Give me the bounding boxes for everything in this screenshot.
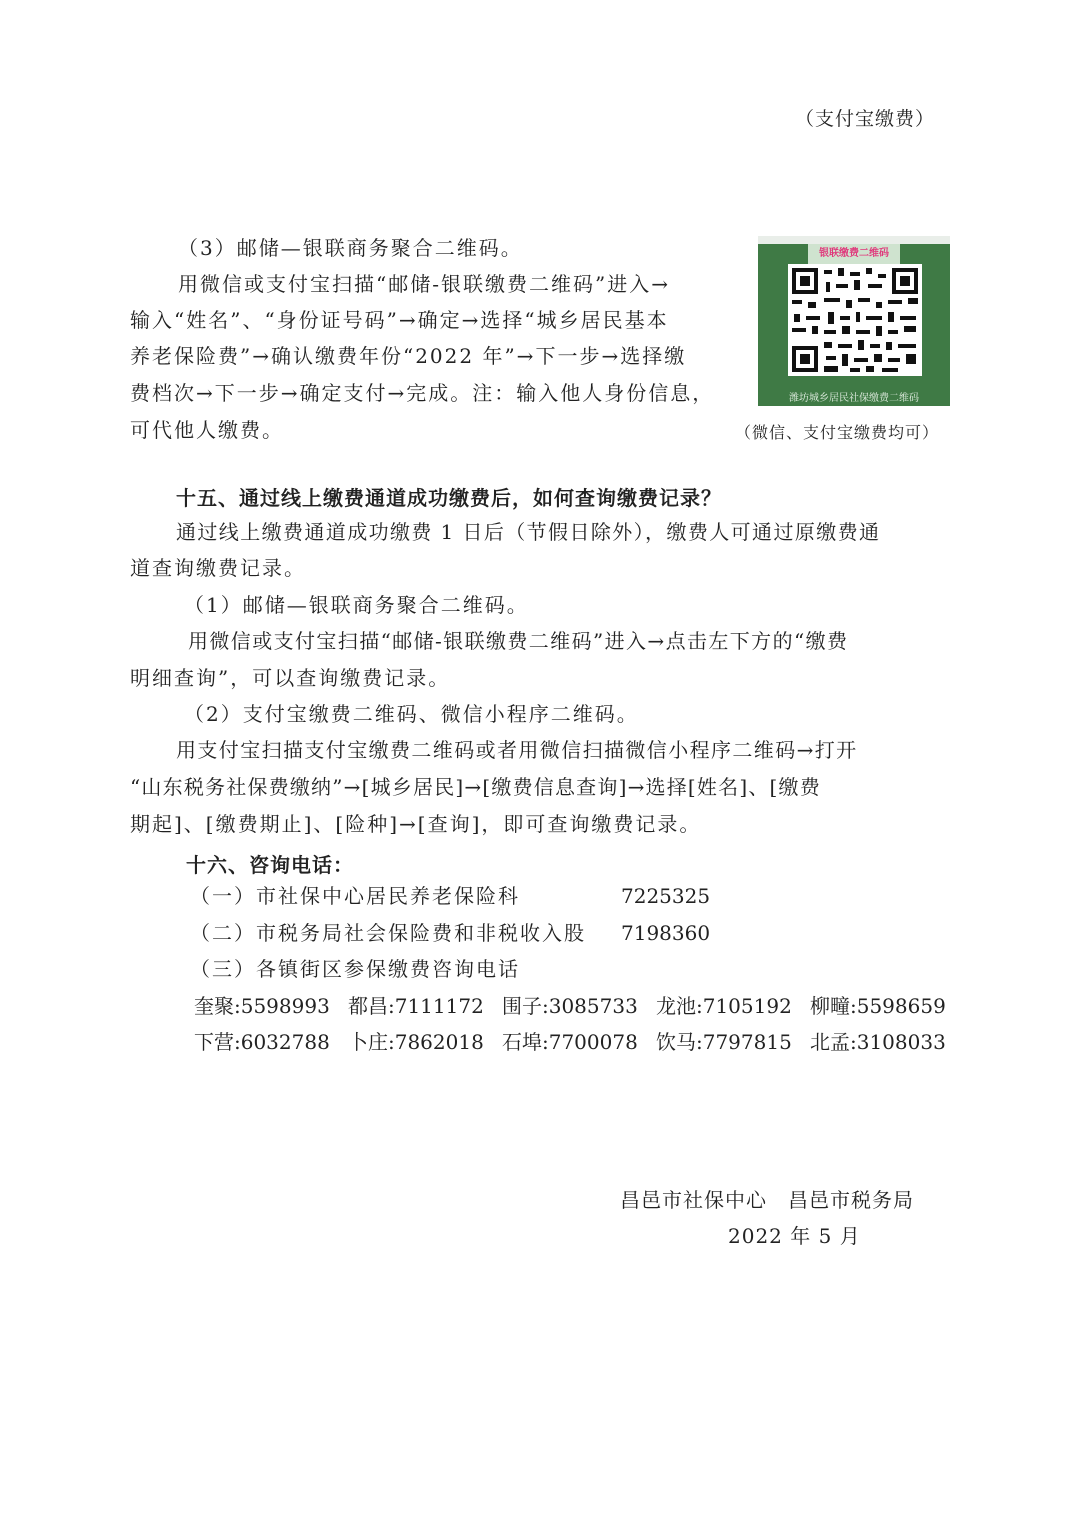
town-phone: 龙池:7105192: [656, 988, 810, 1024]
q15-item1-line: 用微信或支付宝扫描“邮储-银联缴费二维码”进入→点击左下方的“缴费: [188, 623, 848, 659]
qr-caption: （微信、支付宝缴费均可）: [735, 420, 939, 443]
section3-line: 养老保险费”→确认缴费年份“2022 年”→下一步→选择缴: [130, 338, 686, 374]
qr-label: 银联缴费二维码: [808, 244, 900, 264]
q15-item1-line: 明细查询”，可以查询缴费记录。: [130, 660, 450, 696]
q16-heading: 十六、咨询电话：: [186, 849, 354, 878]
section3-line: 费档次→下一步→确定支付→完成。注：输入他人身份信息，: [130, 375, 714, 411]
contact-label: （二）市税务局社会保险费和非税收入股: [190, 915, 586, 951]
q15-item2-line: 用支付宝扫描支付宝缴费二维码或者用微信扫描微信小程序二维码→打开: [176, 732, 858, 768]
section3-title: （3）邮储—银联商务聚合二维码。: [178, 230, 523, 266]
town-phone: 都昌:7111172: [348, 988, 502, 1024]
town-phone: 奎聚:5598993: [194, 988, 348, 1024]
qr-code-image: 银联缴费二维码 潍坊城乡居民社保缴费二维码: [758, 236, 950, 406]
q15-intro-line: 道查询缴费记录。: [130, 550, 306, 586]
q15-item2-line: “山东税务社保费缴纳”→[城乡居民]→[缴费信息查询]→选择[姓名]、[缴费: [130, 769, 821, 805]
qr-code-pattern: [788, 264, 922, 376]
section3-line: 输入“姓名”、“身份证号码”→确定→选择“城乡居民基本: [130, 302, 669, 338]
qr-footer-text: 潍坊城乡居民社保缴费二维码: [758, 389, 950, 404]
town-phone-row: 下营:6032788卜庄:7862018石埠:7700078饮马:7797815…: [194, 1024, 946, 1060]
town-phone: 围子:3085733: [502, 988, 656, 1024]
contact-phone: 7225325: [621, 878, 710, 914]
q15-item2-title: （2）支付宝缴费二维码、微信小程序二维码。: [184, 696, 639, 732]
contact-label: （一）市社保中心居民养老保险科: [190, 878, 520, 914]
q15-item1-title: （1）邮储—银联商务聚合二维码。: [184, 587, 529, 623]
signature-orgs: 昌邑市社保中心 昌邑市税务局: [620, 1182, 914, 1218]
signature-date: 2022 年 5 月: [728, 1218, 861, 1254]
town-phone: 下营:6032788: [194, 1024, 348, 1060]
section3-line: 可代他人缴费。: [130, 412, 284, 448]
top-caption: （支付宝缴费）: [795, 104, 935, 131]
town-phone: 北孟:3108033: [810, 1024, 946, 1060]
section3-line: 用微信或支付宝扫描“邮储-银联缴费二维码”进入→: [178, 266, 670, 302]
qr-top-band: [758, 236, 950, 244]
town-phone-row: 奎聚:5598993都昌:7111172围子:3085733龙池:7105192…: [194, 988, 946, 1024]
town-phone: 卜庄:7862018: [348, 1024, 502, 1060]
q15-item2-line: 期起]、[缴费期止]、[险种]→[查询]，即可查询缴费记录。: [130, 806, 701, 842]
q15-intro-line: 通过线上缴费通道成功缴费 1 日后（节假日除外），缴费人可通过原缴费通: [176, 514, 880, 550]
town-phone: 石埠:7700078: [502, 1024, 656, 1060]
town-title: （三）各镇街区参保缴费咨询电话: [190, 951, 520, 987]
town-phone: 饮马:7797815: [656, 1024, 810, 1060]
town-phone: 柳疃:5598659: [810, 988, 946, 1024]
contact-phone: 7198360: [621, 915, 710, 951]
q15-heading: 十五、通过线上缴费通道成功缴费后，如何查询缴费记录？: [176, 482, 722, 511]
